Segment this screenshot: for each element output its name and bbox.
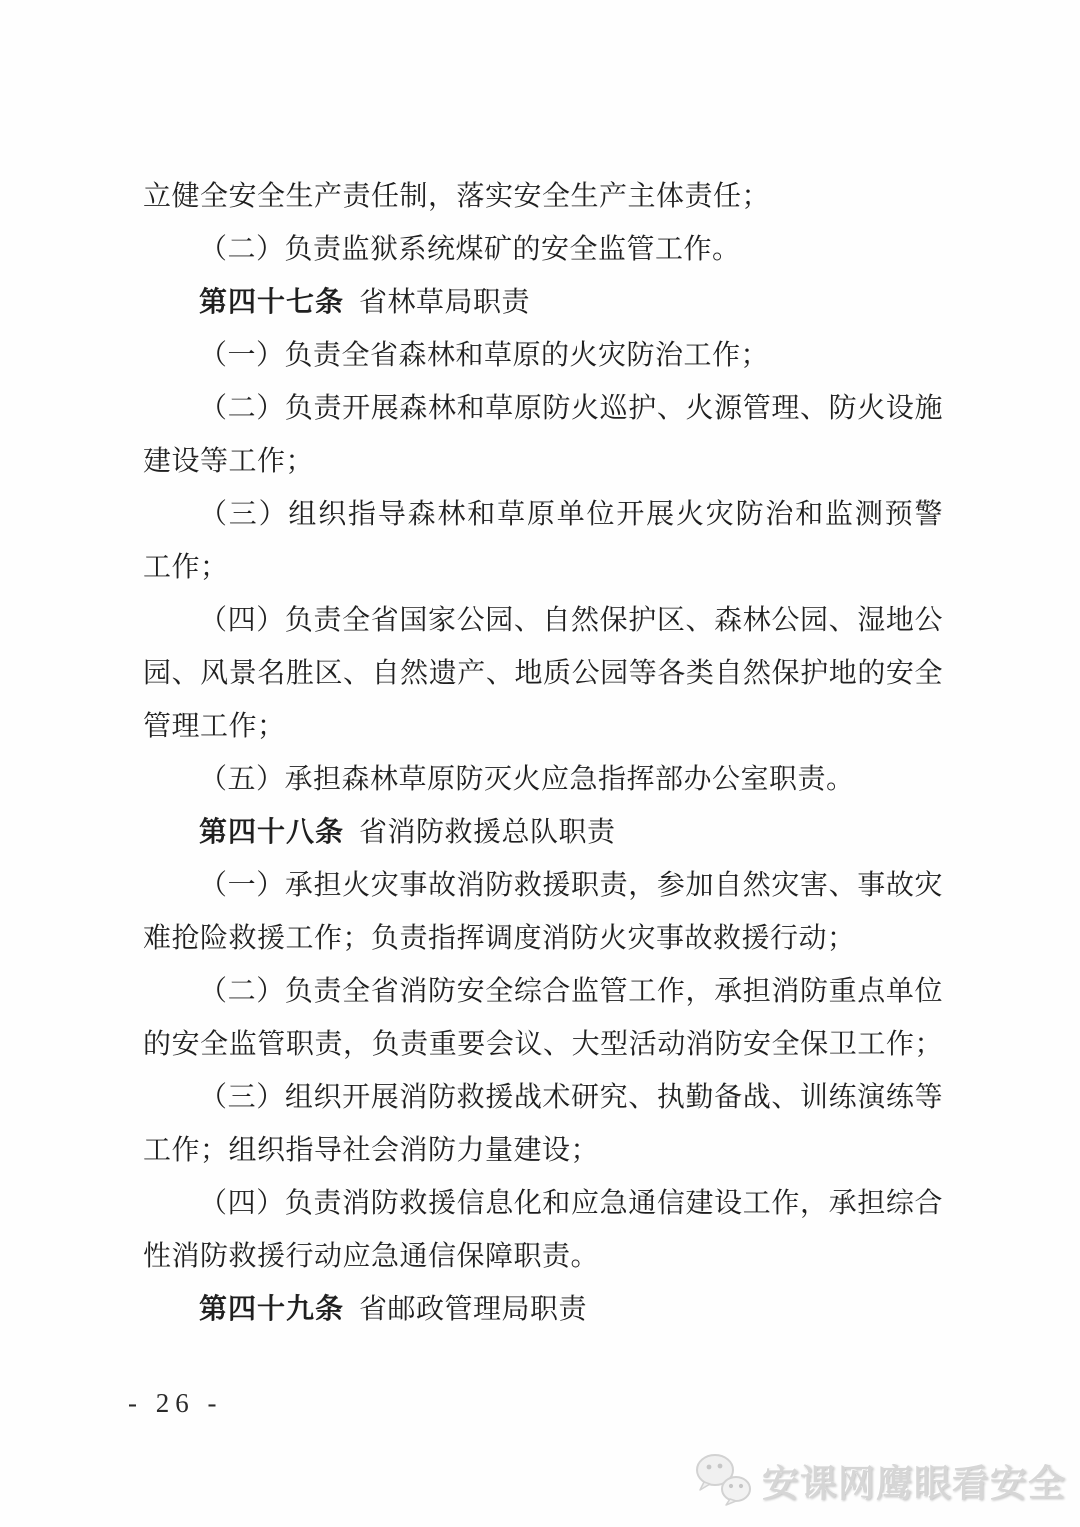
document-line: （四）负责消防救援信息化和应急通信建设工作，承担综合	[143, 1177, 943, 1230]
article-title: 省邮政管理局职责	[359, 1294, 587, 1325]
document-line: （四）负责全省国家公园、自然保护区、森林公园、湿地公	[143, 594, 943, 647]
document-line: 性消防救援行动应急通信保障职责。	[143, 1230, 943, 1283]
watermark: 安课网鹰眼看安全	[692, 1452, 1066, 1508]
document-line: 难抢险救援工作；负责指挥调度消防火灾事故救援行动；	[143, 912, 943, 965]
document-line: （二）负责开展森林和草原防火巡护、火源管理、防火设施	[143, 382, 943, 435]
document-line: 建设等工作；	[143, 435, 943, 488]
document-line: （三）组织指导森林和草原单位开展火灾防治和监测预警	[143, 488, 943, 541]
article-number: 第四十九条	[199, 1294, 344, 1325]
document-line: （一）承担火灾事故消防救援职责，参加自然灾害、事故灾	[143, 859, 943, 912]
article-number: 第四十八条	[199, 817, 344, 848]
document-body: 立健全安全生产责任制，落实安全生产主体责任； （二）负责监狱系统煤矿的安全监管工…	[143, 170, 943, 1336]
article-title: 省林草局职责	[359, 287, 530, 318]
document-line: （一）负责全省森林和草原的火灾防治工作；	[143, 329, 943, 382]
watermark-text: 安课网鹰眼看安全	[762, 1453, 1066, 1507]
wechat-icon	[692, 1452, 754, 1508]
document-line: （五）承担森林草原防灭火应急指挥部办公室职责。	[143, 753, 943, 806]
document-page: 立健全安全生产责任制，落实安全生产主体责任； （二）负责监狱系统煤矿的安全监管工…	[0, 0, 1080, 1527]
article-title: 省消防救援总队职责	[359, 817, 616, 848]
document-line: 工作；	[143, 541, 943, 594]
article-heading: 第四十八条省消防救援总队职责	[143, 806, 943, 859]
document-line: 的安全监管职责，负责重要会议、大型活动消防安全保卫工作；	[143, 1018, 943, 1071]
document-line: （三）组织开展消防救援战术研究、执勤备战、训练演练等	[143, 1071, 943, 1124]
document-line: 管理工作；	[143, 700, 943, 753]
page-number: - 26 -	[128, 1388, 222, 1419]
article-heading: 第四十九条省邮政管理局职责	[143, 1283, 943, 1336]
article-heading: 第四十七条省林草局职责	[143, 276, 943, 329]
document-line: （二）负责全省消防安全综合监管工作，承担消防重点单位	[143, 965, 943, 1018]
article-number: 第四十七条	[199, 287, 344, 318]
document-line: 立健全安全生产责任制，落实安全生产主体责任；	[143, 170, 943, 223]
document-line: （二）负责监狱系统煤矿的安全监管工作。	[143, 223, 943, 276]
document-line: 园、风景名胜区、自然遗产、地质公园等各类自然保护地的安全	[143, 647, 943, 700]
document-line: 工作；组织指导社会消防力量建设；	[143, 1124, 943, 1177]
